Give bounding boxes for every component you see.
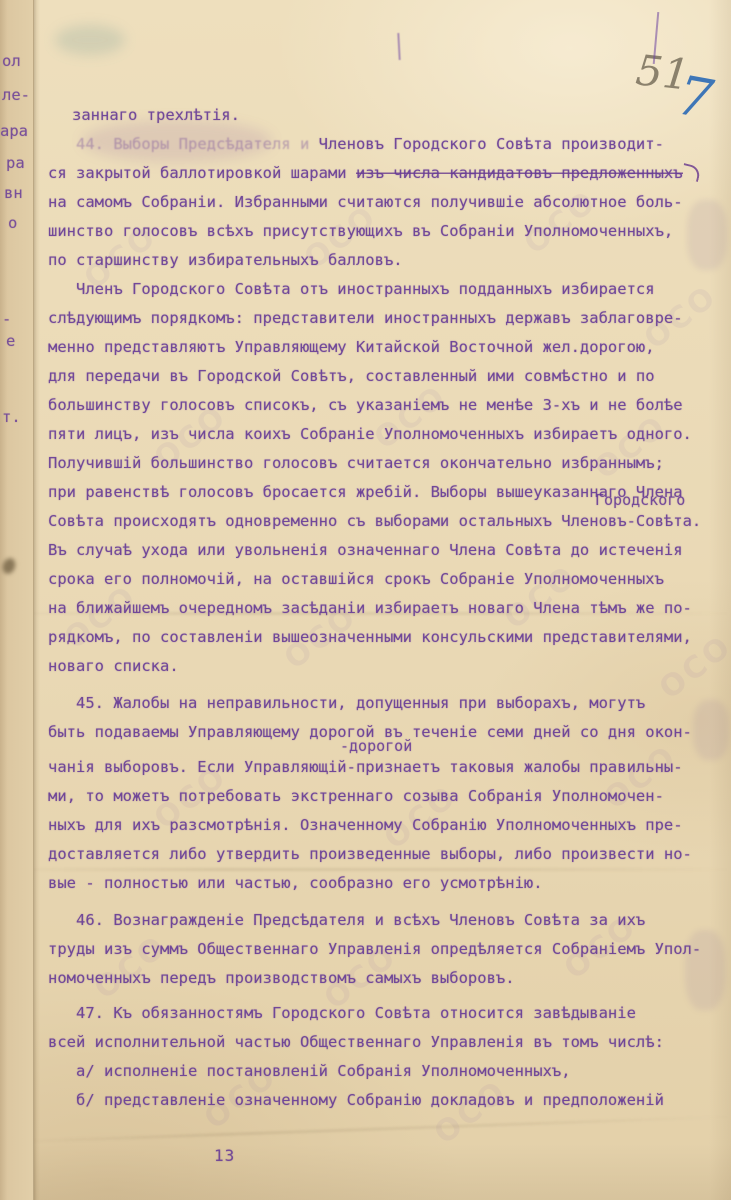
line-text: Совѣта происходятъ одновременно съ выбор… bbox=[48, 512, 627, 530]
document-line: большинству голосовъ списокъ, съ указані… bbox=[48, 391, 723, 420]
document-line: слѣдующимъ порядкомъ: представители инос… bbox=[48, 304, 723, 333]
document-line: 47. Къ обязанностямъ Городского Совѣта о… bbox=[48, 999, 723, 1028]
faded-text: 44. Выборы Предсѣдателя и bbox=[76, 135, 319, 153]
document-line: пяти лицъ, изъ числа коихъ Собраніе Упол… bbox=[48, 420, 723, 449]
document-line: 44. Выборы Предсѣдателя и Членовъ Городс… bbox=[48, 130, 723, 159]
interlinear-insertion: Городского bbox=[595, 493, 685, 508]
document-line: по старшинству избирательныхъ балловъ. bbox=[48, 246, 723, 275]
edge-text-fragment: ле- bbox=[2, 86, 30, 104]
edge-text-fragment: е bbox=[6, 332, 15, 350]
document-line: Въ случаѣ ухода или увольненія означенна… bbox=[48, 536, 723, 565]
line-text: Членовъ Городского Совѣта производит- bbox=[319, 135, 664, 153]
document-line: срока его полномочій, на оставшійся срок… bbox=[48, 565, 723, 594]
document-line: на самомъ Собраніи. Избранными считаются… bbox=[48, 188, 723, 217]
line-text: ся закрытой баллотировкой шарами bbox=[48, 164, 356, 182]
document-line: номоченныхъ передъ производствомъ самыхъ… bbox=[48, 964, 723, 993]
document-line: чанія выборовъ. Если Управляющій--дорого… bbox=[48, 753, 723, 782]
scanned-document-page: { "page": { "pencil_number": "51", "ink_… bbox=[0, 0, 731, 1200]
document-line: Получившій большинство голосовъ считаетс… bbox=[48, 449, 723, 478]
line-text: -Совѣта. bbox=[627, 512, 702, 530]
document-line: для передачи въ Городской Совѣтъ, состав… bbox=[48, 362, 723, 391]
line-text: признаетъ таковыя жалобы правильны- bbox=[356, 758, 683, 776]
document-body: заннаго трехлѣтія. 44. Выборы Предсѣдате… bbox=[48, 101, 723, 1115]
document-line: труды изъ суммъ Общественнаго Управленія… bbox=[48, 935, 723, 964]
interlinear-insertion: -дорогой bbox=[340, 739, 412, 754]
document-line: а/ исполненіе постановленій Собранія Упо… bbox=[48, 1057, 723, 1086]
edge-text-fragment: т. bbox=[2, 408, 21, 426]
document-line: шинство голосовъ всѣхъ присутствующихъ в… bbox=[48, 217, 723, 246]
document-line: менно представляютъ Управляющему Китайск… bbox=[48, 333, 723, 362]
document-line: всей исполнительной частью Общественнаго… bbox=[48, 1028, 723, 1057]
edge-text-fragment: вн bbox=[4, 184, 23, 202]
document-line: на ближайшемъ очередномъ засѣданіи избир… bbox=[48, 594, 723, 623]
stamp-smudge bbox=[55, 25, 125, 55]
edge-text-fragment: о bbox=[8, 214, 17, 232]
document-line: ми, то можетъ потребовать экстреннаго со… bbox=[48, 782, 723, 811]
edge-text-fragment: ол bbox=[2, 52, 21, 70]
document-line: б/ представленіе означенному Собранію до… bbox=[48, 1086, 723, 1115]
line-text: чанія выборовъ. Если Управляющій- bbox=[48, 758, 356, 776]
struck-through-text: изъ числа кандидатовъ предложенныхъ bbox=[356, 164, 683, 182]
document-line: Членъ Городского Совѣта отъ иностранныхъ… bbox=[48, 275, 723, 304]
edge-text-fragment: - bbox=[2, 310, 11, 328]
document-line: вые - полностью или частью, сообразно ег… bbox=[48, 869, 723, 898]
document-line: новаго списка. bbox=[48, 652, 723, 681]
document-line: заннаго трехлѣтія. bbox=[48, 101, 723, 130]
edge-text-fragment: ара bbox=[0, 122, 28, 140]
document-line: рядкомъ, по составленіи вышеозначенными … bbox=[48, 623, 723, 652]
typed-page-number: 13 bbox=[214, 1146, 235, 1165]
document-line: ся закрытой баллотировкой шарами изъ чис… bbox=[48, 159, 723, 188]
page-shading bbox=[0, 1144, 731, 1200]
edge-text-fragment: ра bbox=[6, 154, 25, 172]
document-line: Совѣта происходятъ одновременно съ выбор… bbox=[48, 507, 723, 536]
document-line: доставляется либо утвердить произведенны… bbox=[48, 840, 723, 869]
underlying-page-edge bbox=[0, 0, 34, 1200]
document-line: 46. Вознагражденіе Предсѣдателя и всѣхъ … bbox=[48, 906, 723, 935]
document-line: 45. Жалобы на неправильности, допущенныя… bbox=[48, 689, 723, 718]
page-fold-shadow bbox=[33, 0, 40, 1200]
document-line: ныхъ для ихъ разсмотрѣнія. Означенному С… bbox=[48, 811, 723, 840]
